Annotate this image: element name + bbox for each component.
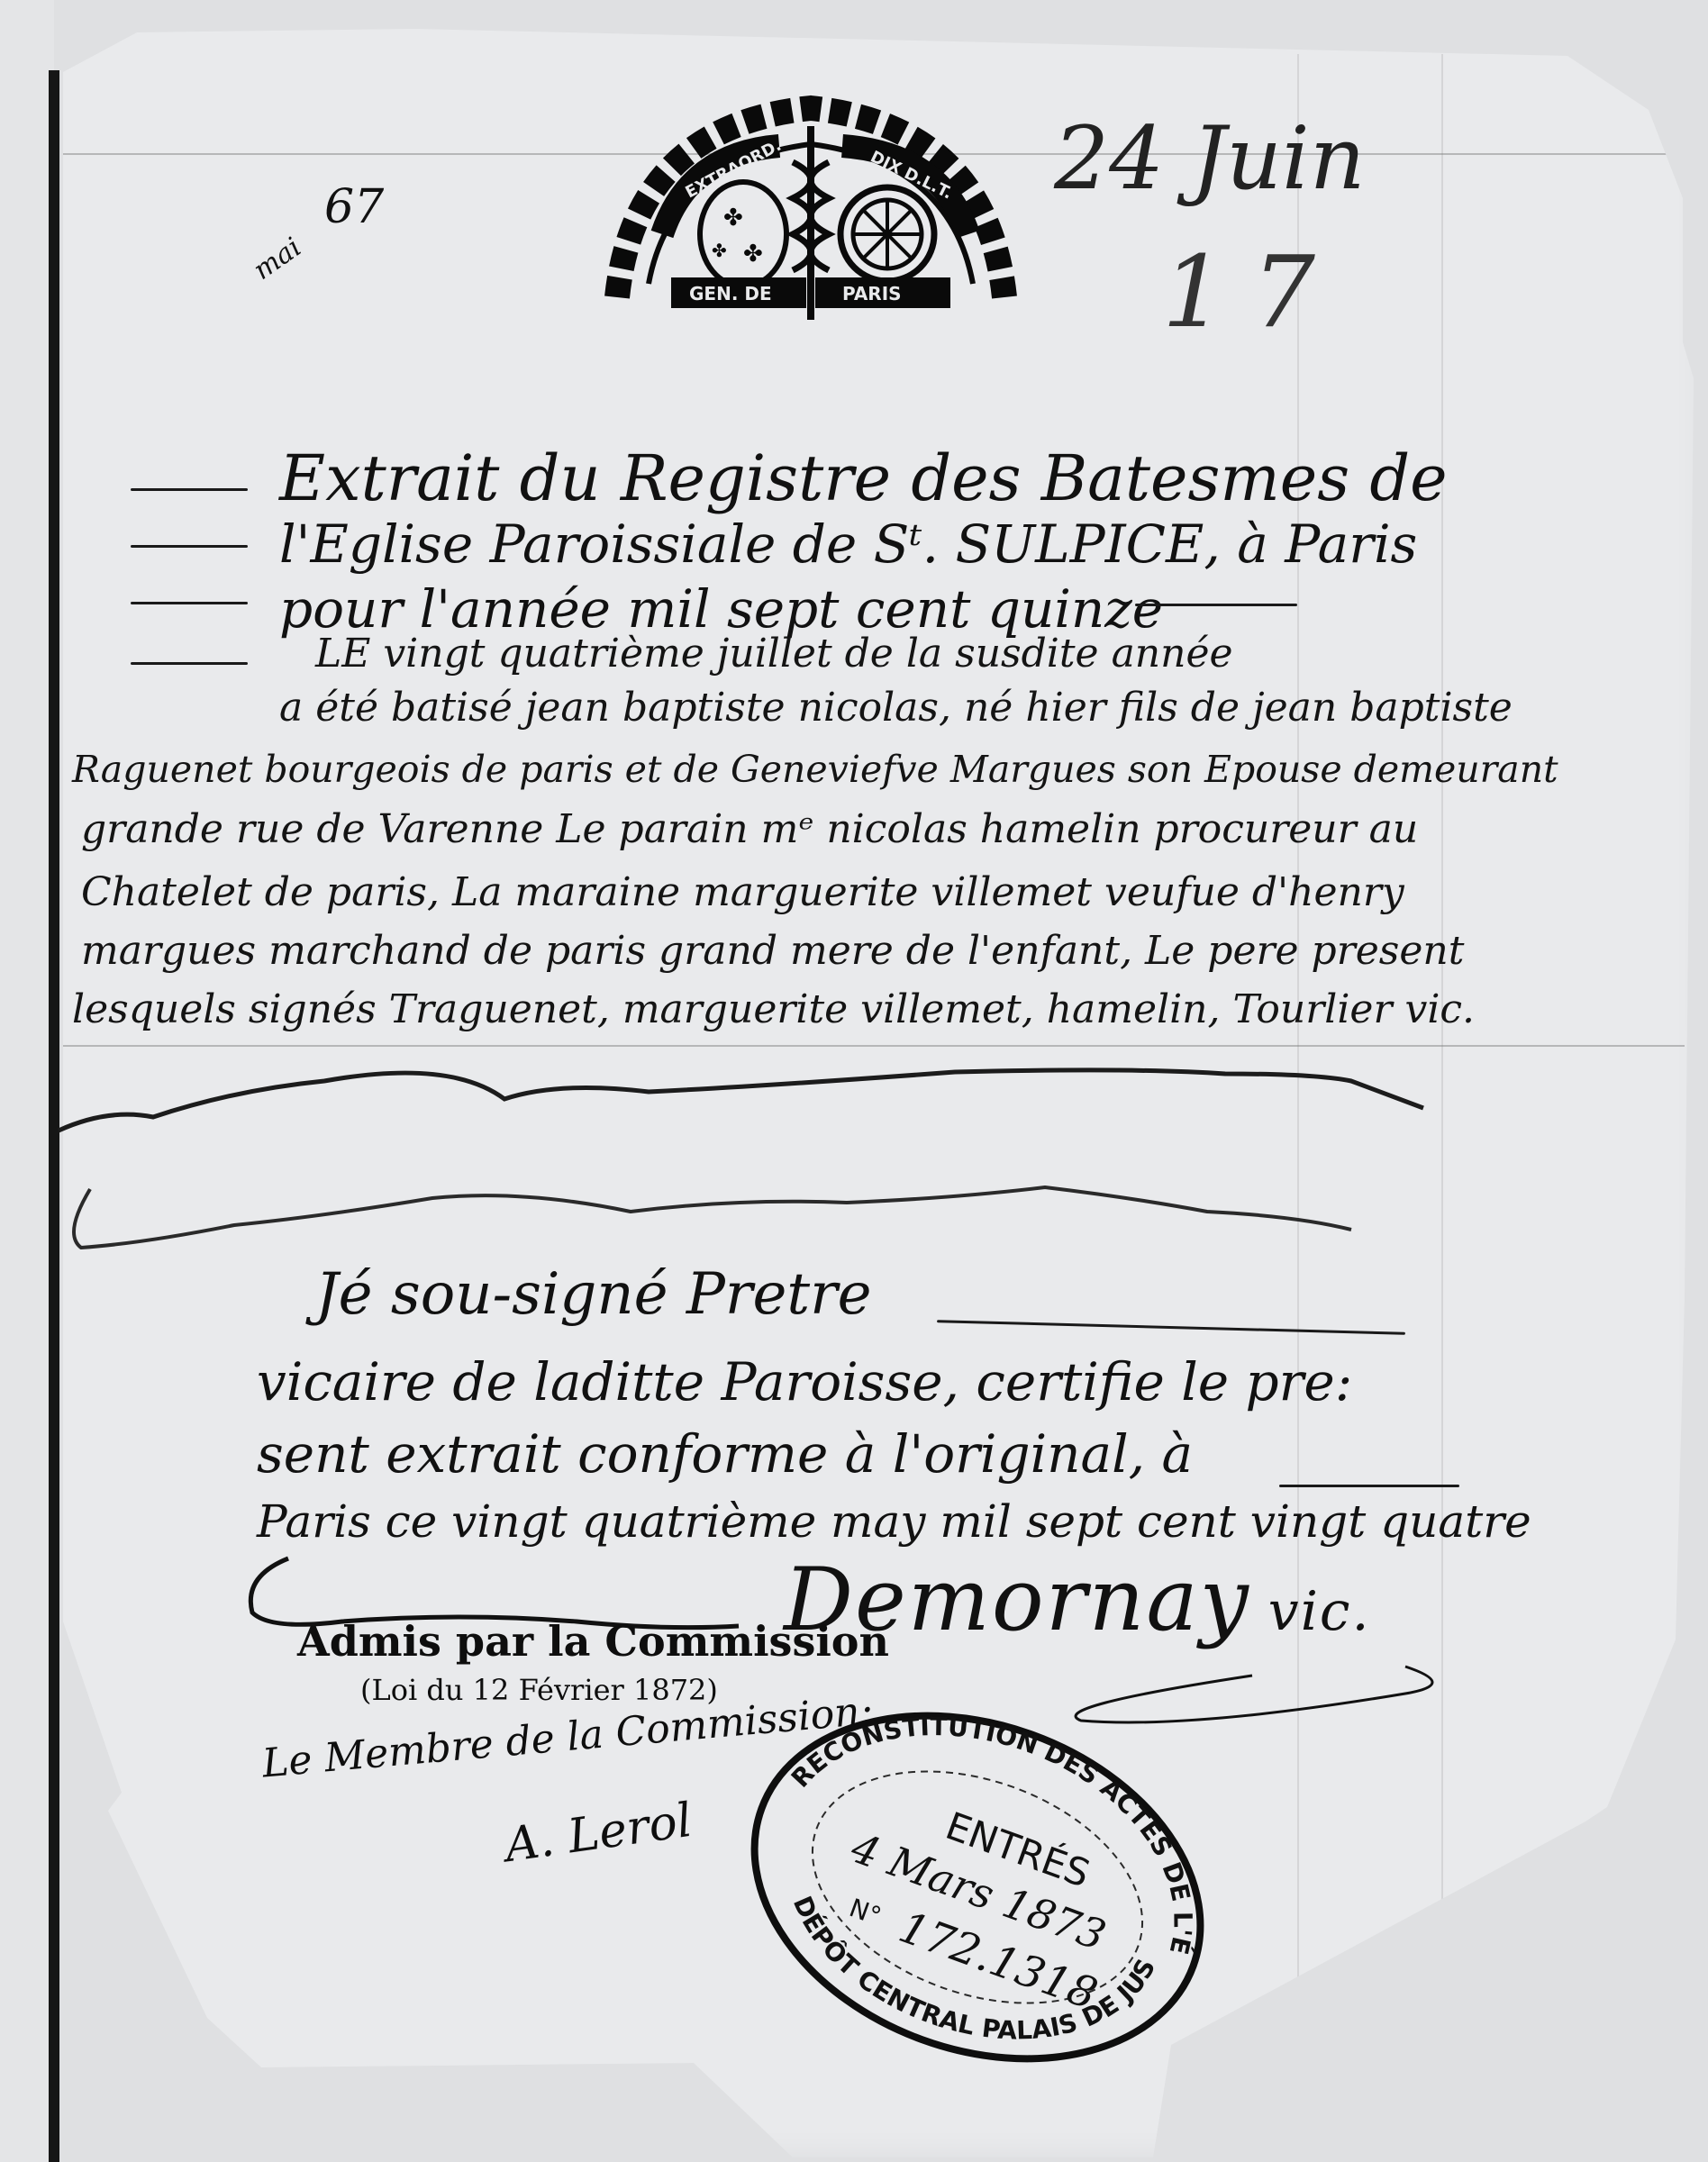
flourish-dash	[131, 488, 248, 491]
commission-line-1: Admis par la Commission	[297, 1617, 889, 1666]
flourish-dash	[131, 662, 248, 665]
margin-note-number: 67	[324, 180, 384, 234]
date-year: 17	[1162, 234, 1342, 350]
flourish-dash	[131, 602, 248, 604]
seal-icon: EXTRAORD. DIX D.L.T. ✤ ✤ ✤ GEN. DE PARIS	[599, 90, 1022, 324]
title-line-2: l'Eglise Paroissiale de Sᵗ. SULPICE, à P…	[279, 513, 1417, 575]
svg-text:✤: ✤	[743, 241, 763, 268]
svg-text:PARIS: PARIS	[842, 283, 902, 304]
cert-line: Jé sou-signé Pretre	[315, 1261, 872, 1328]
svg-text:✤: ✤	[712, 240, 727, 261]
svg-text:GEN. DE: GEN. DE	[689, 283, 772, 304]
date-day-month: 24 Juin	[1054, 108, 1366, 209]
record-line: a été batisé jean baptiste nicolas, né h…	[279, 685, 1513, 731]
title-line-1: Extrait du Registre des Batesmes de	[279, 441, 1448, 515]
cert-line: Paris ce vingt quatrième may mil sept ce…	[257, 1495, 1531, 1548]
svg-text:N°: N°	[845, 1893, 885, 1931]
cert-line: vicaire de laditte Paroisse, certifie le…	[257, 1351, 1352, 1413]
svg-text:✤: ✤	[723, 204, 743, 232]
flourish-dash	[131, 545, 248, 548]
separator-flourishes	[54, 1036, 1676, 1270]
embossed-seal: EXTRAORD. DIX D.L.T. ✤ ✤ ✤ GEN. DE PARIS	[599, 90, 1022, 324]
commission-line-2: (Loi du 12 Février 1872)	[360, 1673, 718, 1707]
record-line: LE vingt quatrième juillet de la susdite…	[315, 631, 1233, 677]
record-line: lesquels signés Traguenet, marguerite vi…	[72, 986, 1475, 1032]
background-left	[0, 0, 54, 2162]
flourish-dash	[1279, 1485, 1459, 1487]
cert-line: sent extrait conforme à l'original, à	[257, 1423, 1193, 1485]
record-line: margues marchand de paris grand mere de …	[81, 928, 1464, 974]
record-line: grande rue de Varenne Le parain mᵉ nicol…	[81, 806, 1418, 852]
flourish-dash	[1135, 604, 1297, 606]
record-line: Chatelet de paris, La maraine marguerite…	[81, 869, 1404, 915]
record-line: Raguenet bourgeois de paris et de Genevi…	[72, 748, 1558, 791]
